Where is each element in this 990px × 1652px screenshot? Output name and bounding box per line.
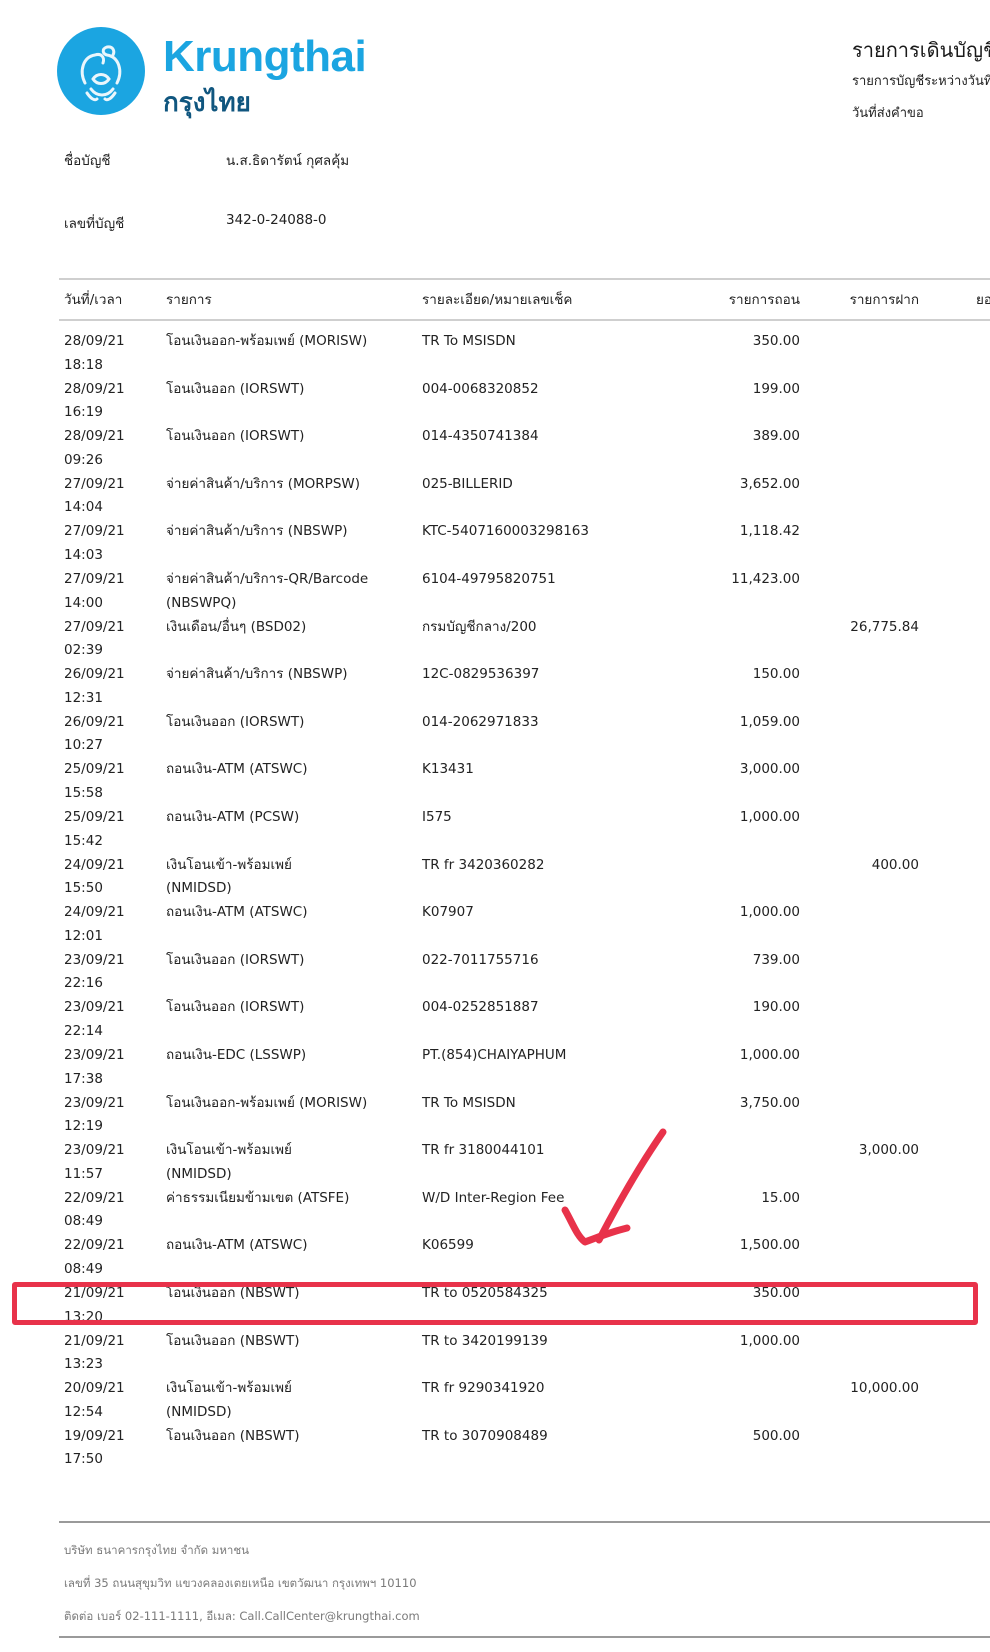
- transaction-description: จ่ายค่าสินค้า/บริการ-QR/Barcode: [166, 568, 368, 591]
- transaction-detail: 022-7011755716: [422, 949, 539, 972]
- deposit-amount: 26,775.84: [850, 616, 919, 639]
- transaction-description-code: (NMIDSD): [166, 1163, 232, 1186]
- transaction-description-code: (NMIDSD): [166, 1401, 232, 1424]
- transaction-date: 22/09/21: [64, 1234, 125, 1257]
- column-header-deposit: รายการฝาก: [850, 288, 919, 310]
- table-row: 28/09/2109:26โอนเงินออก (IORSWT)014-4350…: [0, 425, 990, 473]
- transaction-time: 08:49: [64, 1258, 103, 1281]
- transaction-detail: 004-0068320852: [422, 378, 539, 401]
- transaction-time: 13:23: [64, 1353, 103, 1376]
- footer-company: บริษัท ธนาคารกรุงไทย จำกัด มหาชน: [64, 1542, 249, 1560]
- account-number-value: 342-0-24088-0: [226, 212, 327, 228]
- transaction-time: 16:19: [64, 401, 103, 424]
- transaction-description: โอนเงินออก (NBSWT): [166, 1330, 300, 1353]
- transaction-description: ถอนเงิน-ATM (ATSWC): [166, 758, 308, 781]
- table-row: 26/09/2112:31จ่ายค่าสินค้า/บริการ (NBSWP…: [0, 663, 990, 711]
- table-row: 27/09/2114:00จ่ายค่าสินค้า/บริการ-QR/Bar…: [0, 568, 990, 616]
- transaction-description: เงินโอนเข้า-พร้อมเพย์: [166, 1377, 292, 1400]
- transaction-description: จ่ายค่าสินค้า/บริการ (MORPSW): [166, 473, 360, 496]
- withdrawal-amount: 150.00: [753, 663, 800, 686]
- request-date-label: วันที่ส่งคำขอ: [852, 102, 924, 123]
- transaction-date: 24/09/21: [64, 901, 125, 924]
- transaction-date: 28/09/21: [64, 330, 125, 353]
- account-name-value: น.ส.ธิดารัตน์ กุศลคุ้ม: [226, 149, 349, 171]
- table-row: 25/09/2115:58ถอนเงิน-ATM (ATSWC)K134313,…: [0, 758, 990, 806]
- statement-period-label: รายการบัญชีระหว่างวันที่: [852, 70, 990, 91]
- transaction-description: โอนเงินออก (IORSWT): [166, 425, 304, 448]
- table-row: 21/09/2113:23โอนเงินออก (NBSWT)TR to 342…: [0, 1330, 990, 1378]
- table-row: 22/09/2108:49ถอนเงิน-ATM (ATSWC)K065991,…: [0, 1234, 990, 1282]
- withdrawal-amount: 500.00: [753, 1425, 800, 1448]
- transaction-date: 23/09/21: [64, 1044, 125, 1067]
- transaction-date: 27/09/21: [64, 616, 125, 639]
- transaction-date: 23/09/21: [64, 996, 125, 1019]
- transaction-date: 27/09/21: [64, 520, 125, 543]
- transaction-time: 14:04: [64, 496, 103, 519]
- transaction-time: 17:38: [64, 1068, 103, 1091]
- table-top-rule: [59, 278, 990, 280]
- transaction-date: 20/09/21: [64, 1377, 125, 1400]
- transaction-date: 21/09/21: [64, 1330, 125, 1353]
- table-row: 23/09/2112:19โอนเงินออก-พร้อมเพย์ (MORIS…: [0, 1092, 990, 1140]
- transaction-date: 19/09/21: [64, 1425, 125, 1448]
- transaction-detail: I575: [422, 806, 452, 829]
- transaction-description: เงินโอนเข้า-พร้อมเพย์: [166, 854, 292, 877]
- withdrawal-amount: 190.00: [753, 996, 800, 1019]
- table-row: 22/09/2108:49ค่าธรรมเนียมข้ามเขต (ATSFE)…: [0, 1187, 990, 1235]
- transaction-time: 12:31: [64, 687, 103, 710]
- transaction-detail: KTC-5407160003298163: [422, 520, 589, 543]
- withdrawal-amount: 1,000.00: [740, 1044, 800, 1067]
- transaction-time: 22:14: [64, 1020, 103, 1043]
- transaction-description: ค่าธรรมเนียมข้ามเขต (ATSFE): [166, 1187, 349, 1210]
- garuda-logo-icon: [57, 27, 145, 115]
- statement-title: รายการเดินบัญชี: [852, 34, 990, 66]
- table-row: 20/09/2112:54เงินโอนเข้า-พร้อมเพย์(NMIDS…: [0, 1377, 990, 1425]
- transaction-detail: K07907: [422, 901, 474, 924]
- transaction-detail: TR To MSISDN: [422, 330, 516, 353]
- transaction-detail: 6104-49795820751: [422, 568, 556, 591]
- transaction-detail: TR fr 9290341920: [422, 1377, 544, 1400]
- table-row: 24/09/2112:01ถอนเงิน-ATM (ATSWC)K079071,…: [0, 901, 990, 949]
- transaction-description: จ่ายค่าสินค้า/บริการ (NBSWP): [166, 520, 347, 543]
- transaction-date: 26/09/21: [64, 663, 125, 686]
- transaction-description: ถอนเงิน-ATM (PCSW): [166, 806, 299, 829]
- brand-name-en: Krungthai: [163, 32, 366, 82]
- transaction-detail: 014-4350741384: [422, 425, 539, 448]
- withdrawal-amount: 389.00: [753, 425, 800, 448]
- transaction-time: 14:03: [64, 544, 103, 567]
- transaction-date: 28/09/21: [64, 378, 125, 401]
- transaction-description: โอนเงินออก (NBSWT): [166, 1425, 300, 1448]
- transaction-time: 12:19: [64, 1115, 103, 1138]
- transaction-date: 23/09/21: [64, 1139, 125, 1162]
- transaction-date: 24/09/21: [64, 854, 125, 877]
- transaction-time: 17:50: [64, 1448, 103, 1471]
- table-row: 25/09/2115:42ถอนเงิน-ATM (PCSW)I5751,000…: [0, 806, 990, 854]
- footer-top-rule: [59, 1521, 990, 1523]
- footer-contact: ติดต่อ เบอร์ 02-111-1111, อีเมล: Call.Ca…: [64, 1608, 420, 1626]
- table-row: 23/09/2122:16โอนเงินออก (IORSWT)022-7011…: [0, 949, 990, 997]
- transaction-date: 25/09/21: [64, 806, 125, 829]
- transaction-detail: TR to 3070908489: [422, 1425, 548, 1448]
- withdrawal-amount: 350.00: [753, 330, 800, 353]
- withdrawal-amount: 15.00: [761, 1187, 800, 1210]
- table-row: 28/09/2118:18โอนเงินออก-พร้อมเพย์ (MORIS…: [0, 330, 990, 378]
- transaction-time: 18:18: [64, 354, 103, 377]
- transaction-date: 23/09/21: [64, 949, 125, 972]
- transaction-time: 15:50: [64, 877, 103, 900]
- table-row: 19/09/2117:50โอนเงินออก (NBSWT)TR to 307…: [0, 1425, 990, 1473]
- column-header-datetime: วันที่/เวลา: [64, 288, 122, 310]
- table-row: 27/09/2102:39เงินเดือน/อื่นๆ (BSD02)กรมบ…: [0, 616, 990, 664]
- transaction-detail: W/D Inter-Region Fee: [422, 1187, 564, 1210]
- transaction-description: เงินเดือน/อื่นๆ (BSD02): [166, 616, 306, 639]
- transaction-description: โอนเงินออก (IORSWT): [166, 378, 304, 401]
- withdrawal-amount: 739.00: [753, 949, 800, 972]
- transaction-detail: กรมบัญชีกลาง/200: [422, 616, 537, 639]
- withdrawal-amount: 1,000.00: [740, 1330, 800, 1353]
- transaction-detail: TR fr 3420360282: [422, 854, 544, 877]
- transaction-description: โอนเงินออก (IORSWT): [166, 711, 304, 734]
- column-header-balance: ยอ: [976, 288, 990, 310]
- transaction-date: 27/09/21: [64, 568, 125, 591]
- transaction-date: 26/09/21: [64, 711, 125, 734]
- transaction-time: 22:16: [64, 972, 103, 995]
- withdrawal-amount: 1,059.00: [740, 711, 800, 734]
- transaction-date: 27/09/21: [64, 473, 125, 496]
- transaction-description-code: (NBSWPQ): [166, 592, 236, 615]
- transaction-time: 14:00: [64, 592, 103, 615]
- transaction-date: 25/09/21: [64, 758, 125, 781]
- column-header-description: รายการ: [166, 288, 212, 310]
- transaction-time: 15:42: [64, 830, 103, 853]
- column-header-detail: รายละเอียด/หมายเลขเช็ค: [422, 288, 572, 310]
- transaction-time: 12:01: [64, 925, 103, 948]
- table-row: 27/09/2114:03จ่ายค่าสินค้า/บริการ (NBSWP…: [0, 520, 990, 568]
- transaction-time: 02:39: [64, 639, 103, 662]
- withdrawal-amount: 11,423.00: [731, 568, 800, 591]
- transaction-description: โอนเงินออก-พร้อมเพย์ (MORISW): [166, 330, 367, 353]
- transaction-detail: K06599: [422, 1234, 474, 1257]
- brand-name-th: กรุงไทย: [163, 82, 251, 123]
- transaction-time: 15:58: [64, 782, 103, 805]
- deposit-amount: 400.00: [872, 854, 919, 877]
- highlight-box: [12, 1282, 978, 1325]
- withdrawal-amount: 1,000.00: [740, 901, 800, 924]
- transaction-time: 10:27: [64, 734, 103, 757]
- transaction-detail: TR To MSISDN: [422, 1092, 516, 1115]
- transaction-date: 22/09/21: [64, 1187, 125, 1210]
- transaction-time: 08:49: [64, 1210, 103, 1233]
- transaction-time: 09:26: [64, 449, 103, 472]
- withdrawal-amount: 1,000.00: [740, 806, 800, 829]
- table-row: 26/09/2110:27โอนเงินออก (IORSWT)014-2062…: [0, 711, 990, 759]
- withdrawal-amount: 1,500.00: [740, 1234, 800, 1257]
- table-row: 23/09/2117:38ถอนเงิน-EDC (LSSWP)PT.(854)…: [0, 1044, 990, 1092]
- transaction-description: ถอนเงิน-ATM (ATSWC): [166, 901, 308, 924]
- table-row: 24/09/2115:50เงินโอนเข้า-พร้อมเพย์(NMIDS…: [0, 854, 990, 902]
- transaction-description: เงินโอนเข้า-พร้อมเพย์: [166, 1139, 292, 1162]
- footer-address: เลขที่ 35 ถนนสุขุมวิท แขวงคลองเตยเหนือ เ…: [64, 1575, 417, 1593]
- withdrawal-amount: 3,652.00: [740, 473, 800, 496]
- withdrawal-amount: 199.00: [753, 378, 800, 401]
- transaction-date: 28/09/21: [64, 425, 125, 448]
- transaction-description: โอนเงินออก (IORSWT): [166, 949, 304, 972]
- transaction-detail: 004-0252851887: [422, 996, 539, 1019]
- transaction-time: 11:57: [64, 1163, 103, 1186]
- transaction-description: โอนเงินออก (IORSWT): [166, 996, 304, 1019]
- table-row: 28/09/2116:19โอนเงินออก (IORSWT)004-0068…: [0, 378, 990, 426]
- withdrawal-amount: 1,118.42: [740, 520, 800, 543]
- table-row: 27/09/2114:04จ่ายค่าสินค้า/บริการ (MORPS…: [0, 473, 990, 521]
- table-row: 23/09/2111:57เงินโอนเข้า-พร้อมเพย์(NMIDS…: [0, 1139, 990, 1187]
- column-header-withdrawal: รายการถอน: [729, 288, 800, 310]
- transaction-detail: PT.(854)CHAIYAPHUM: [422, 1044, 566, 1067]
- transaction-description: ถอนเงิน-EDC (LSSWP): [166, 1044, 306, 1067]
- table-header-rule: [59, 319, 990, 321]
- transaction-time: 12:54: [64, 1401, 103, 1424]
- transaction-description: ถอนเงิน-ATM (ATSWC): [166, 1234, 308, 1257]
- transaction-description-code: (NMIDSD): [166, 877, 232, 900]
- transaction-detail: 014-2062971833: [422, 711, 539, 734]
- transaction-description: โอนเงินออก-พร้อมเพย์ (MORISW): [166, 1092, 367, 1115]
- withdrawal-amount: 3,750.00: [740, 1092, 800, 1115]
- account-number-label: เลขที่บัญชี: [64, 212, 124, 234]
- account-name-label: ชื่อบัญชี: [64, 149, 111, 171]
- withdrawal-amount: 3,000.00: [740, 758, 800, 781]
- transaction-description: จ่ายค่าสินค้า/บริการ (NBSWP): [166, 663, 347, 686]
- footer-bottom-rule: [59, 1636, 990, 1638]
- transaction-detail: 025-BILLERID: [422, 473, 513, 496]
- deposit-amount: 10,000.00: [850, 1377, 919, 1400]
- transaction-date: 23/09/21: [64, 1092, 125, 1115]
- deposit-amount: 3,000.00: [859, 1139, 919, 1162]
- transaction-detail: TR fr 3180044101: [422, 1139, 544, 1162]
- krungthai-logo: [57, 27, 145, 115]
- transaction-detail: TR to 3420199139: [422, 1330, 548, 1353]
- table-row: 23/09/2122:14โอนเงินออก (IORSWT)004-0252…: [0, 996, 990, 1044]
- transaction-detail: K13431: [422, 758, 474, 781]
- transaction-detail: 12C-0829536397: [422, 663, 539, 686]
